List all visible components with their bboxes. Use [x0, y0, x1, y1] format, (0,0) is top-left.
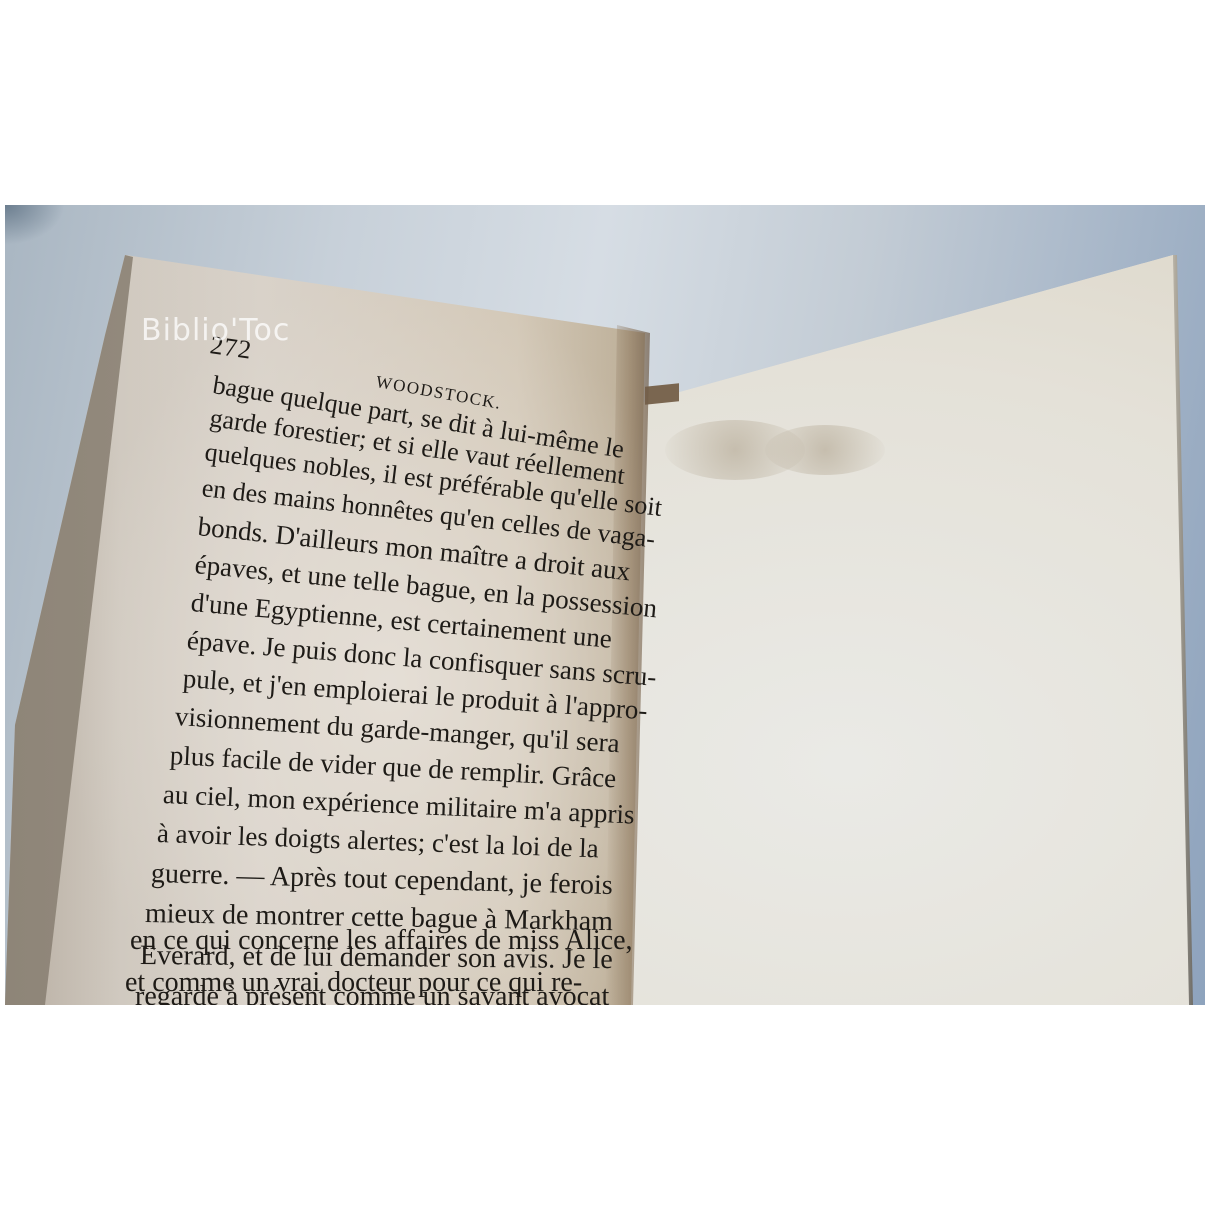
text-line: regarde à présent comme un savant avocat [135, 981, 609, 1005]
book-photo: 272 WOODSTOCK. bague quelque part, se di… [5, 205, 1205, 1005]
left-page-text: 272 WOODSTOCK. bague quelque part, se di… [5, 205, 645, 1005]
text-line: mieux de montrer cette bague à Markham [145, 898, 614, 938]
text-line: guerre. — Après tout cependant, je feroi… [151, 858, 614, 902]
watermark-logo: Biblio'Toc [141, 313, 290, 348]
text-line: Everard, et de lui demander son avis. Je… [140, 940, 613, 976]
book-headband [645, 383, 679, 405]
foxing-stain [765, 425, 885, 475]
